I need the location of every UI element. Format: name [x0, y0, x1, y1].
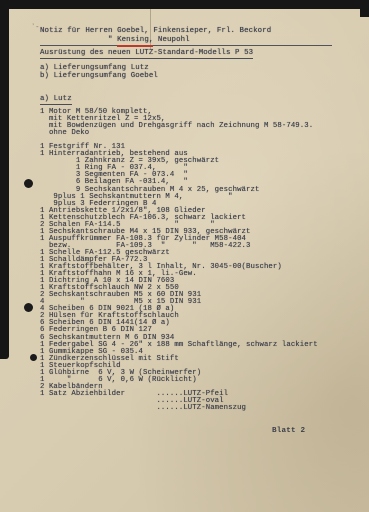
memo-recipients-line2: " Kensing, Neupohl	[40, 36, 345, 45]
scan-edge-top	[0, 0, 369, 9]
section-heading-line: a) Lutz	[40, 95, 345, 104]
stray-pen-mark: ʼ-	[31, 24, 39, 32]
ditto-mark: "	[40, 36, 117, 44]
scan-edge-left	[0, 0, 9, 359]
punch-hole-top	[24, 179, 33, 188]
scope-line-a: a) Lieferungsumfang Lutz	[40, 64, 345, 72]
ink-dot	[30, 354, 37, 361]
scope-line-b: b) Lieferungsumfang Goebel	[40, 72, 345, 80]
memo-title: Ausrüstung des neuen LUTZ-Standard-Model…	[40, 49, 253, 59]
memo-recipients-line1: Notiz für Herren Goebel, Finkensieper, F…	[40, 27, 345, 36]
memo-recipient-highlight: Kensing,	[117, 36, 153, 47]
memo-title-line: Ausrüstung des neuen LUTZ-Standard-Model…	[40, 49, 345, 58]
parts-list: 1 Motor M 58/50 komplett, mit Kettenritz…	[40, 109, 345, 412]
scanned-memo-page: ʼ- Notiz für Herren Goebel, Finkensieper…	[0, 0, 369, 512]
memo-recipient-rest: Neupohl	[153, 36, 189, 44]
header-underline	[40, 45, 332, 46]
scan-edge-corner	[360, 0, 369, 17]
section-heading: a) Lutz	[40, 95, 72, 105]
sheet-number: Blatt 2	[272, 427, 345, 435]
punch-hole-bottom	[24, 303, 33, 312]
memo-body: Notiz für Herren Goebel, Finkensieper, F…	[40, 27, 345, 435]
